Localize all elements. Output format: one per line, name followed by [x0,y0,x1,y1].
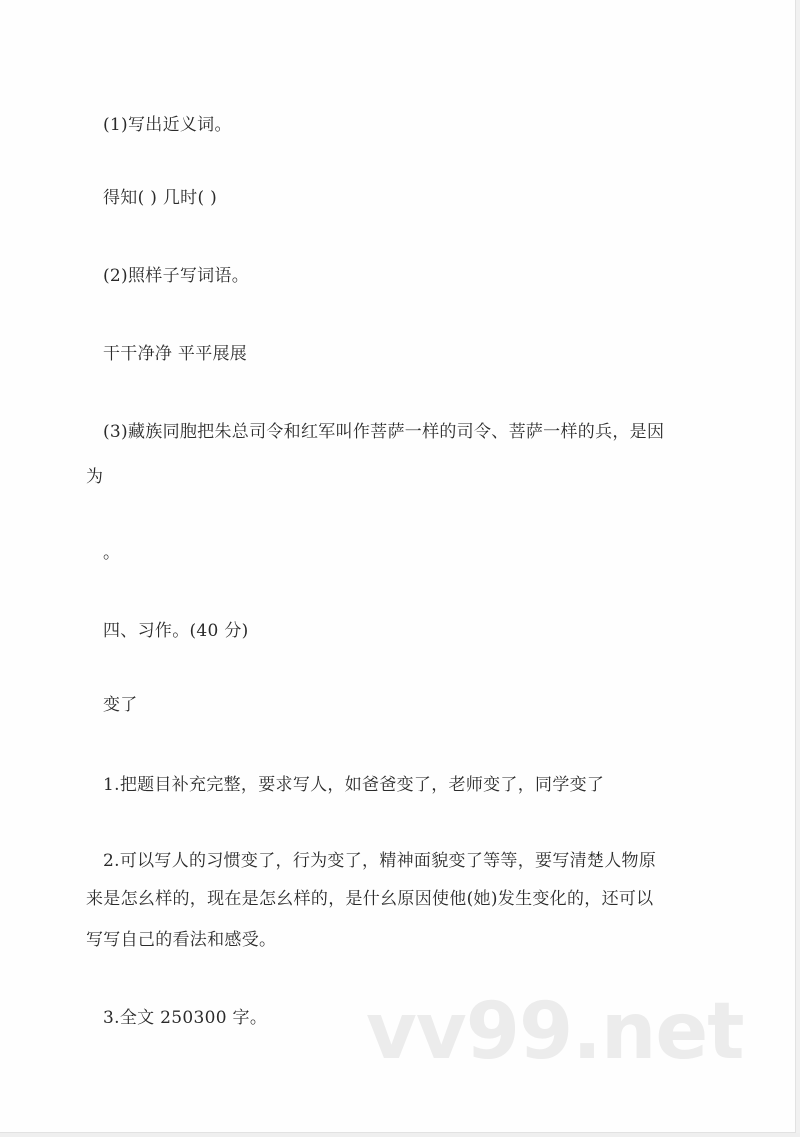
section-4-heading: 四、习作。(40 分) [103,620,249,642]
watermark: vv99.net [366,992,744,1072]
question-3-blank-end: 。 [103,542,120,564]
requirement-2-line3: 写写自己的看法和感受。 [86,929,276,951]
question-1-prompt: (1)写出近义词。 [103,114,232,136]
question-2-prompt: (2)照样子写词语。 [103,265,249,287]
question-3-prompt-line2: 为 [86,466,103,488]
page-edge-right [796,0,800,1137]
document-page: (1)写出近义词。 得知( ) 几时( ) (2)照样子写词语。 干干净净 平平… [0,0,796,1133]
requirement-2-line1: 2.可以写人的习惯变了，行为变了，精神面貌变了等等，要写清楚人物原 [103,850,656,872]
requirement-1: 1.把题目补充完整，要求写人，如爸爸变了，老师变了，同学变了 [103,774,604,796]
question-2-items: 干干净净 平平展展 [103,343,247,365]
question-1-items: 得知( ) 几时( ) [103,187,217,209]
requirement-2-line2: 来是怎幺样的，现在是怎幺样的，是什幺原因使他(她)发生变化的，还可以 [86,888,653,910]
page-edge-bottom [0,1133,800,1137]
question-3-prompt-line1: (3)藏族同胞把朱总司令和红军叫作菩萨一样的司令、菩萨一样的兵，是因 [103,421,664,443]
requirement-3: 3.全文 250300 字。 [103,1007,267,1029]
composition-title: 变了 [103,694,138,716]
